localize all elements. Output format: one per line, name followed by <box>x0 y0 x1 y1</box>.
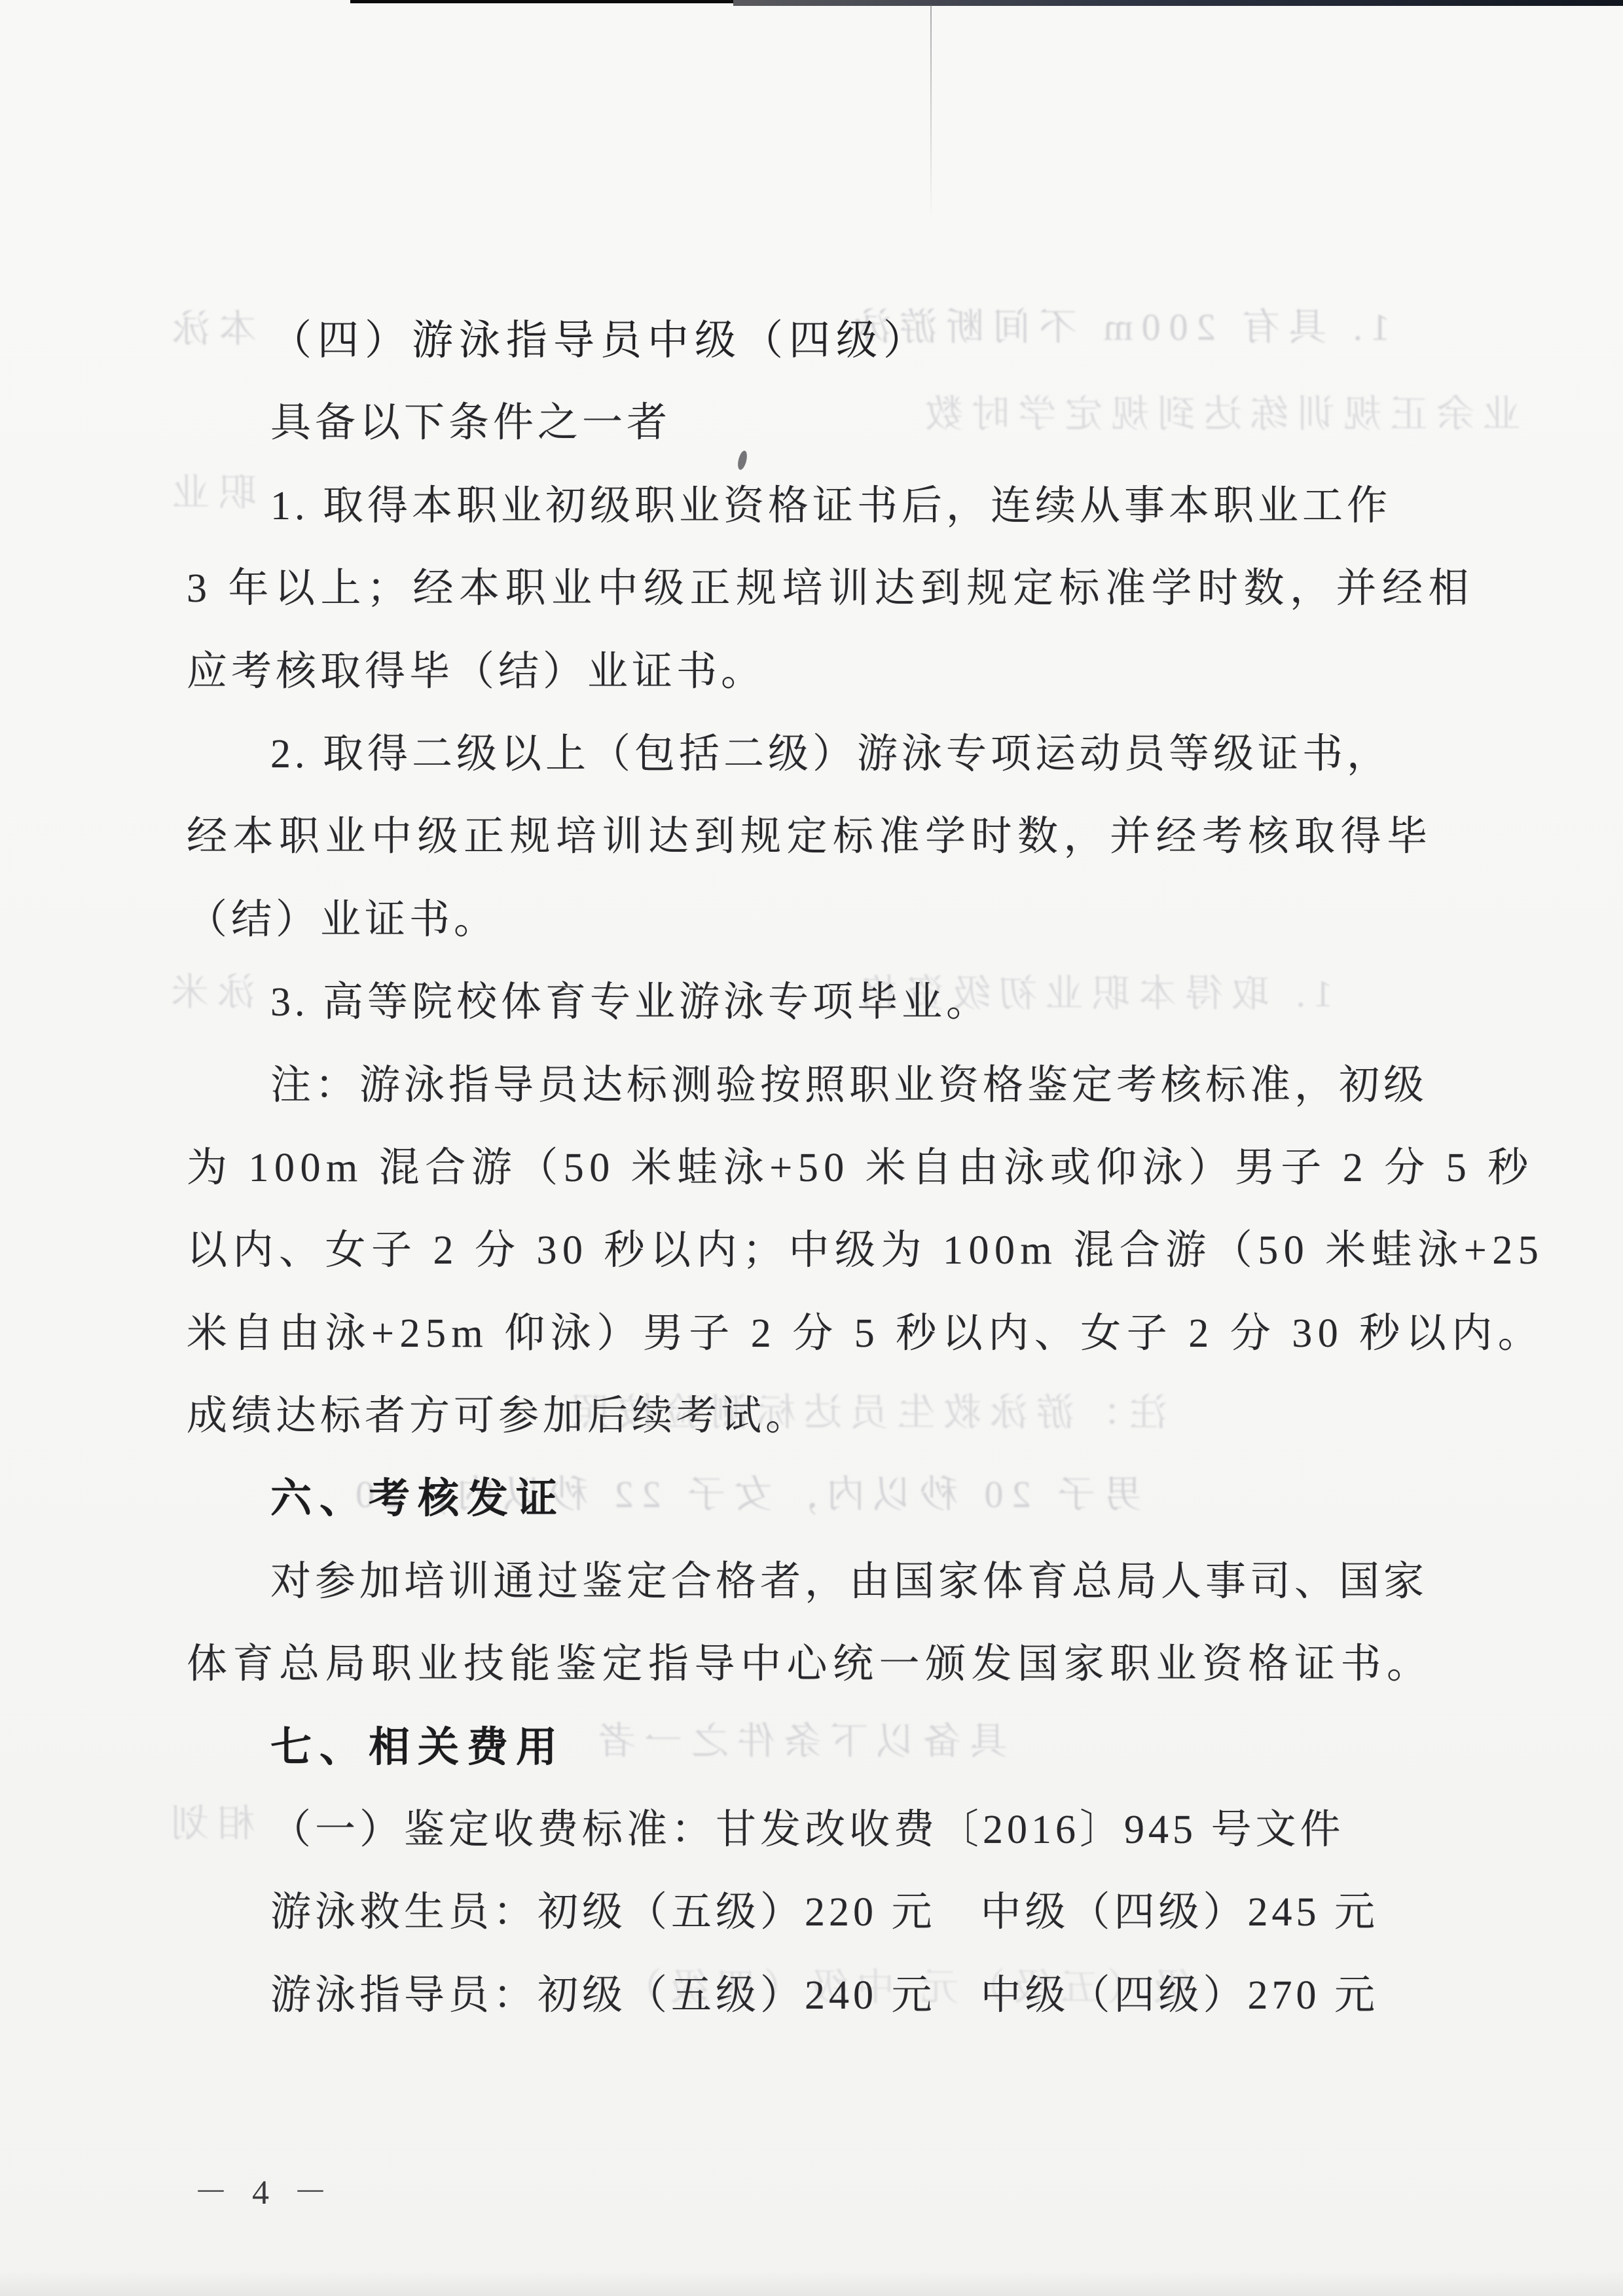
fee-instructor-line: 游泳指导员：初级（五级）240 元 中级（四级）270 元 <box>187 1954 1419 2037</box>
scan-hairline-streak <box>930 4 932 220</box>
note-line2: 为 100m 混合游（50 米蛙泳+50 米自由泳或仰泳）男子 2 分 5 秒 <box>187 1127 1419 1209</box>
section-6-line1: 对参加培训通过鉴定合格者，由国家体育总局人事司、国家 <box>187 1540 1419 1623</box>
scan-edge-strip-gradient <box>733 0 1623 6</box>
note-line1: 注：游泳指导员达标测验按照职业资格鉴定考核标准，初级 <box>187 1044 1419 1127</box>
section-6-heading: 六、考核发证 <box>187 1457 1419 1540</box>
item2-line2: 经本职业中级正规培训达到规定标准学时数，并经考核取得毕 <box>187 795 1419 878</box>
scan-smudge <box>871 0 949 80</box>
scan-smudge <box>596 0 694 47</box>
fee-standard-line: （一）鉴定收费标准：甘发改收费〔2016〕945 号文件 <box>187 1789 1419 1871</box>
conditions-intro: 具备以下条件之一者 <box>187 382 1419 464</box>
subsection-heading: （四）游泳指导员中级（四级） <box>187 299 1419 382</box>
item1-line2: 3 年以上；经本职业中级正规培训达到规定标准学时数，并经相 <box>187 547 1419 630</box>
note-line5: 成绩达标者方可参加后续考试。 <box>187 1375 1419 1457</box>
fee-lifeguard-line: 游泳救生员：初级（五级）220 元 中级（四级）245 元 <box>187 1871 1419 1954</box>
item2-line1: 2. 取得二级以上（包括二级）游泳专项运动员等级证书， <box>187 713 1419 795</box>
item3-line: 3. 高等院校体育专业游泳专项毕业。 <box>187 961 1419 1044</box>
scanned-document-screenshot: { "colors": { "paper": "#f6f6f4", "ink":… <box>0 0 1623 2296</box>
item2-line3: （结）业证书。 <box>187 879 1419 961</box>
section-6-line2: 体育总局职业技能鉴定指导中心统一颁发国家职业资格证书。 <box>187 1623 1419 1705</box>
page-number: － 4 － <box>194 2164 335 2214</box>
note-line3: 以内、女子 2 分 30 秒以内；中级为 100m 混合游（50 米蛙泳+25 <box>187 1209 1419 1292</box>
item1-line1: 1. 取得本职业初级职业资格证书后，连续从事本职业工作 <box>187 465 1419 547</box>
document-page: 1. 具有 200m 不间断游泳 业余正规训练达到规定学时数 1. 取得本职业初… <box>0 0 1623 2296</box>
note-line4: 米自由泳+25m 仰泳）男子 2 分 5 秒以内、女子 2 分 30 秒以内。 <box>187 1292 1419 1375</box>
item1-line3: 应考核取得毕（结）业证书。 <box>187 630 1419 713</box>
document-body: （四）游泳指导员中级（四级） 具备以下条件之一者 1. 取得本职业初级职业资格证… <box>187 299 1419 2037</box>
section-7-heading: 七、相关费用 <box>187 1706 1419 1789</box>
